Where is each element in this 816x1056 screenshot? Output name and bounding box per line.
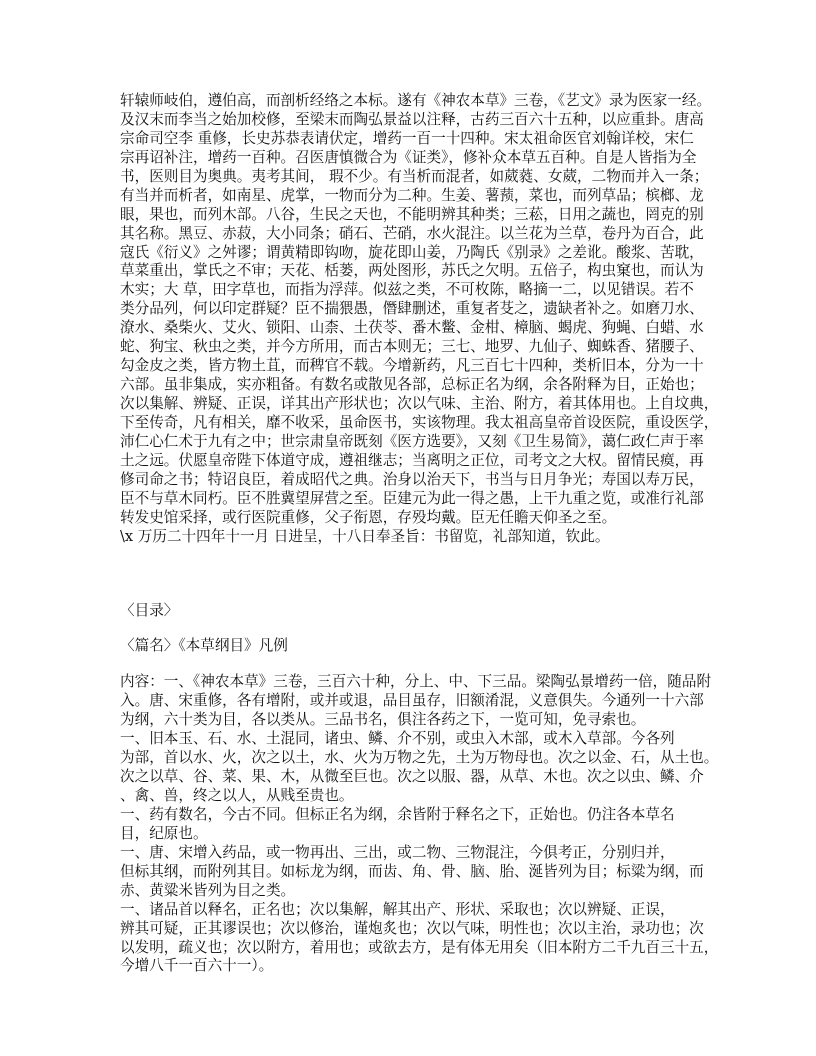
text-line: 辨其可疑，正其谬误也；次以修治，谨炮炙也；次以气味，明性也；次以主治，录功也；次 xyxy=(120,920,700,939)
text-line: 修司命之书；特诏良臣，着成昭代之典。治身以治天下，书当与日月争光；寿国以寿万民， xyxy=(120,471,700,490)
contents-section: 内容：一、《神农本草》三卷，三百六十种，分上、中、下三品。梁陶弘景增药一倍，随品… xyxy=(120,673,700,976)
spacer xyxy=(120,656,700,673)
text-line: 及汉末而李当之始加校修，至梁末而陶弘景益以注释，古药三百六十五种，以应重卦。唐高 xyxy=(120,111,700,130)
chapter-heading: 〈篇名〉《本草纲目》凡例 xyxy=(120,637,700,656)
text-line: 潦水、桑柴火、艾火、锁阳、山柰、土茯苓、番木鳖、金柑、樟脑、蝎虎、狗蝇、白蜡、水 xyxy=(120,319,700,338)
text-line: 、禽、兽，终之以人，从贱至贵也。 xyxy=(120,787,700,806)
text-line: 蛇、狗宝、秋虫之类，并今方所用，而古本则无；三七、地罗、九仙子、蜘蛛香、猪腰子、 xyxy=(120,338,700,357)
text-line: 轩辕师岐伯，遵伯高，而剖析经络之本标。遂有《神农本草》三卷，《艺文》录为医家一经… xyxy=(120,92,700,111)
text-line: 为部，首以水、火，次之以土，水、火为万物之先，土为万物母也。次之以金、石，从土也… xyxy=(120,749,700,768)
spacer xyxy=(120,547,700,602)
spacer xyxy=(120,620,700,637)
text-line: 其名称。黑豆、赤菽，大小同条；硝石、芒硝，水火混注。以兰花为兰草，卷丹为百合，此 xyxy=(120,225,700,244)
text-line: 眼，果也，而列木部。八谷，生民之天也，不能明辨其种类；三菘，日用之蔬也，罔克的别 xyxy=(120,206,700,225)
text-line: 一、唐、宋增入药品，或一物再出、三出，或二物、三物混注，今俱考正，分别归并， xyxy=(120,844,700,863)
text-line: 木实；大 草，田字草也，而指为浮萍。似兹之类，不可枚陈，略摘一二，以见错误。若不 xyxy=(120,281,700,300)
text-line: 有当并而析者，如南星、虎掌，一物而分为二种。生姜、薯蓣，菜也，而列草品；槟榔、龙 xyxy=(120,187,700,206)
text-line: 为纲，六十类为目，各以类从。三品书名，俱注各药之下，一览可知，免寻索也。 xyxy=(120,711,700,730)
text-line: 但标其纲，而附列其目。如标龙为纲，而齿、角、骨、脑、胎、涎皆列为目；标粱为纲，而 xyxy=(120,863,700,882)
text-line: 草菜重出，掌氏之不审；天花、栝蒌，两处图形，苏氏之欠明。五倍子，构虫窠也，而认为 xyxy=(120,262,700,281)
text-line: 目，纪原也。 xyxy=(120,825,700,844)
text-line: 赤、黄粱米皆列为目之类。 xyxy=(120,882,700,901)
preface-section: 轩辕师岐伯，遵伯高，而剖析经络之本标。遂有《神农本草》三卷，《艺文》录为医家一经… xyxy=(120,92,700,547)
text-line: 宗再诏补注，增药一百种。召医唐慎微合为《证类》，修补众本草五百种。自是人皆指为全 xyxy=(120,149,700,168)
text-line: 次之以草、谷、菜、果、木，从微至巨也。次之以服、器，从草、木也。次之以虫、鳞、介 xyxy=(120,768,700,787)
toc-heading: 〈目录〉 xyxy=(120,602,700,621)
text-line: 勾金皮之类，皆方物土苴，而稗官不载。今增新药，凡三百七十四种，类析旧本，分为一十 xyxy=(120,357,700,376)
text-line: 一、诸品首以释名，正名也；次以集解，解其出产、形状、采取也；次以辨疑、正误， xyxy=(120,901,700,920)
text-line: 宗命司空李 重修，长史苏恭表请伏定，增药一百一十四种。宋太祖命医官刘翰详校，宋仁 xyxy=(120,130,700,149)
text-line: 以发明，疏义也；次以附方，着用也；或欲去方，是有体无用矣（旧本附方二千九百三十五… xyxy=(120,939,700,958)
text-line: 类分品列，何以印定群疑？臣不揣猥愚，僭肆删述，重复者芟之，遗缺者补之。如磨刀水、 xyxy=(120,300,700,319)
text-line: 一、药有数名，今古不同。但标正名为纲，余皆附于释名之下，正始也。仍注各本草名 xyxy=(120,806,700,825)
text-line: 次以集解、辨疑、正误，详其出产形状也；次以气味、主治、附方，着其体用也。上自坟典… xyxy=(120,395,700,414)
text-line: 土之远。伏愿皇帝陛下体道守成，遵祖继志；当离明之正位，司考文之大权。留情民瘼，再 xyxy=(120,452,700,471)
document-page: 轩辕师岐伯，遵伯高，而剖析经络之本标。遂有《神农本草》三卷，《艺文》录为医家一经… xyxy=(120,92,700,976)
text-line: 臣不与草木同朽。臣不胜冀望屏营之至。臣建元为此一得之愚，上干九重之览，或准行礼部 xyxy=(120,490,700,509)
text-line: 书，医则目为奥典。夷考其间， 瑕不少。有当析而混者，如葳蕤、女葳，二物而并入一条… xyxy=(120,168,700,187)
text-line: 一、旧本玉、石、水、土混同，诸虫、鳞、介不别，或虫入木部，或木入草部。今各列 xyxy=(120,730,700,749)
text-line: 内容：一、《神农本草》三卷，三百六十种，分上、中、下三品。梁陶弘景增药一倍，随品… xyxy=(120,673,700,692)
text-line: 今增八千一百六十一）。 xyxy=(120,957,700,976)
text-line: 转发史馆采择，或行医院重修，父子衔恩，存殁均戴。臣无任瞻天仰圣之至。 xyxy=(120,509,700,528)
date-line: \x 万历二十四年十一月 日进呈，十八日奉圣旨：书留览，礼部知道，钦此。 xyxy=(120,528,700,547)
text-line: 沛仁心仁术于九有之中；世宗肃皇帝既刻《医方选要》，又刻《卫生易简》，蔼仁政仁声于… xyxy=(120,433,700,452)
text-line: 寇氏《衍义》之舛谬；谓黄精即钩吻，旋花即山姜，乃陶氏《别录》之差讹。酸浆、苦耽， xyxy=(120,244,700,263)
text-line: 入。唐、宋重修，各有增附，或并或退，品目虽存，旧额淆混，义意俱失。今通列一十六部 xyxy=(120,692,700,711)
text-line: 六部。虽非集成，实亦粗备。有数名或散见各部，总标正名为纲，余各附释为目，正始也； xyxy=(120,376,700,395)
text-line: 下至传奇，凡有相关，靡不收采，虽命医书，实该物理。我太祖高皇帝首设医院，重设医学… xyxy=(120,414,700,433)
